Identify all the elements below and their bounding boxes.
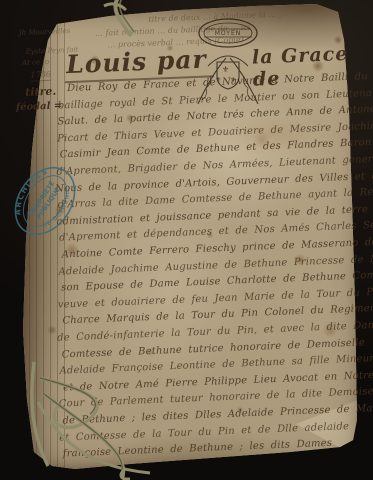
manuscript-line: At ce fo bbox=[22, 58, 49, 67]
fiscal-stamp-band-text: MOYEN bbox=[215, 30, 242, 37]
body-text: Dieu Roy de France et de Navarre a Notre… bbox=[0, 0, 370, 3]
fleur-de-lis-icon: ⚜ bbox=[230, 76, 236, 84]
side-label-feodal: féodal = bbox=[16, 100, 63, 113]
margin-notes: Jh MourveillesEysta Peyn faitAt ce fo178… bbox=[0, 0, 370, 3]
manuscript-photograph: { "document": { "description": "Aged 18t… bbox=[0, 0, 373, 480]
manuscript-line: Jh Mourveilles bbox=[19, 27, 71, 37]
manuscript-line: 1786 bbox=[30, 70, 51, 82]
side-label-titre: titre. bbox=[25, 85, 56, 99]
fiscal-tax-stamp: MOYEN ⚜ ⚜ ⚜ bbox=[190, 16, 268, 116]
fleur-de-lis-icon: ⚜ bbox=[222, 65, 229, 74]
fleur-de-lis-icon: ⚜ bbox=[215, 76, 221, 84]
